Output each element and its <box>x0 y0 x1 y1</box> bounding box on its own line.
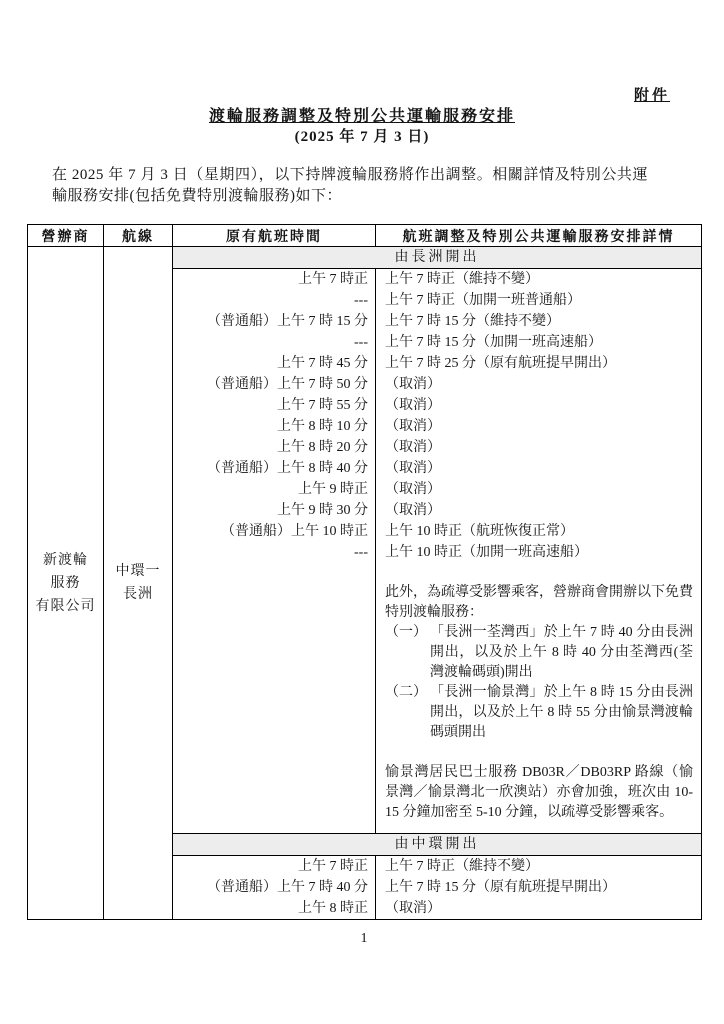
adjusted-time-cell: （取消） <box>376 437 702 458</box>
note-item-marker: （二） <box>385 683 430 743</box>
route-cell: 中環一長洲 <box>104 247 173 920</box>
page-subtitle: (2025 年 7 月 3 日) <box>0 125 724 146</box>
original-time-cell: 上午 9 時正 <box>173 479 376 500</box>
intro-paragraph: 在 2025 年 7 月 3 日（星期四），以下持牌渡輪服務將作出調整。相關詳情… <box>52 165 648 207</box>
adjusted-time-cell: 上午 7 時 15 分（原有航班提早開出） <box>376 877 702 898</box>
adjusted-time-cell: （取消） <box>376 500 702 521</box>
operator-line: 有限公司 <box>28 595 103 618</box>
original-time-cell: （普通船）上午 10 時正 <box>173 521 376 542</box>
page-title-text: 渡輪服務調整及特別公共運輸服務安排 <box>209 108 515 125</box>
operator-cell: 新渡輪服務有限公司 <box>28 247 104 920</box>
original-time-cell: 上午 7 時 45 分 <box>173 353 376 374</box>
table-header-row: 營辦商 航線 原有航班時間 航班調整及特別公共運輸服務安排詳情 <box>28 225 702 247</box>
adjusted-time-cell: 上午 10 時正（航班恢復正常） <box>376 521 702 542</box>
route-line: 長洲 <box>104 583 172 606</box>
notes-intro: 此外，為疏導受影響乘客，營辦商會開辦以下免費特別渡輪服務： <box>385 583 693 623</box>
section-direction-header: 由中環開出 <box>173 834 702 856</box>
attachment-heading: 附件 <box>634 84 670 105</box>
page-title: 渡輪服務調整及特別公共運輸服務安排 <box>0 103 724 126</box>
adjusted-time-cell: （取消） <box>376 898 702 920</box>
page-number: 1 <box>27 931 701 947</box>
adjusted-time-cell: 上午 7 時 25 分（原有航班提早開出） <box>376 353 702 374</box>
document-page: 附件 渡輪服務調整及特別公共運輸服務安排 (2025 年 7 月 3 日) 在 … <box>0 0 724 1024</box>
original-time-cell: 上午 7 時正 <box>173 856 376 878</box>
note-item: （一）「長洲一荃灣西」於上午 7 時 40 分由長洲開出，以及於上午 8 時 4… <box>385 623 693 683</box>
original-time-cell: 上午 8 時 10 分 <box>173 416 376 437</box>
adjusted-time-cell: （取消） <box>376 374 702 395</box>
original-time-cell: --- <box>173 290 376 311</box>
route-line: 中環一 <box>104 560 172 583</box>
note-item: （二）「長洲一愉景灣」於上午 8 時 15 分由長洲開出，以及於上午 8 時 5… <box>385 683 693 743</box>
adjusted-time-cell: （取消） <box>376 395 702 416</box>
operator-line: 新渡輪 <box>28 549 103 572</box>
original-time-cell: （普通船）上午 8 時 40 分 <box>173 458 376 479</box>
original-time-cell: 上午 7 時正 <box>173 269 376 291</box>
section-header-row: 新渡輪服務有限公司中環一長洲由長洲開出 <box>28 247 702 269</box>
adjusted-time-cell: 上午 7 時正（加開一班普通船） <box>376 290 702 311</box>
col-header-route: 航線 <box>104 225 173 247</box>
note-item-text: 「長洲一愉景灣」於上午 8 時 15 分由長洲開出，以及於上午 8 時 55 分… <box>430 683 693 743</box>
notes-spacer <box>385 563 693 583</box>
operator-line: 服務 <box>28 572 103 595</box>
adjusted-time-cell: 上午 10 時正（加開一班高速船） <box>376 542 702 563</box>
original-time-cell: --- <box>173 542 376 563</box>
notes-cell: 此外，為疏導受影響乘客，營辦商會開辦以下免費特別渡輪服務：（一）「長洲一荃灣西」… <box>376 563 702 834</box>
original-time-cell: （普通船）上午 7 時 50 分 <box>173 374 376 395</box>
original-time-cell: （普通船）上午 7 時 40 分 <box>173 877 376 898</box>
original-time-cell: 上午 8 時 20 分 <box>173 437 376 458</box>
original-time-cell: 上午 7 時 55 分 <box>173 395 376 416</box>
original-time-cell: 上午 8 時正 <box>173 898 376 920</box>
notes-spacer <box>385 743 693 763</box>
adjusted-time-cell: 上午 7 時正（維持不變） <box>376 269 702 291</box>
note-item-text: 「長洲一荃灣西」於上午 7 時 40 分由長洲開出，以及於上午 8 時 40 分… <box>430 623 693 683</box>
original-time-cell: （普通船）上午 7 時 15 分 <box>173 311 376 332</box>
adjusted-time-cell: （取消） <box>376 416 702 437</box>
col-header-original-time: 原有航班時間 <box>173 225 376 247</box>
empty-original-cell <box>173 563 376 834</box>
note-item-marker: （一） <box>385 623 430 683</box>
adjusted-time-cell: 上午 7 時正（維持不變） <box>376 856 702 878</box>
adjusted-time-cell: （取消） <box>376 479 702 500</box>
ferry-schedule-table: 營辦商 航線 原有航班時間 航班調整及特別公共運輸服務安排詳情 新渡輪服務有限公… <box>27 224 702 920</box>
col-header-adjustment-details: 航班調整及特別公共運輸服務安排詳情 <box>376 225 702 247</box>
col-header-operator: 營辦商 <box>28 225 104 247</box>
bus-service-note: 愉景灣居民巴士服務 DB03R／DB03RP 路線（愉景灣／愉景灣北一欣澳站）亦… <box>385 763 693 823</box>
adjusted-time-cell: 上午 7 時 15 分（維持不變） <box>376 311 702 332</box>
original-time-cell: --- <box>173 332 376 353</box>
adjusted-time-cell: 上午 7 時 15 分（加開一班高速船） <box>376 332 702 353</box>
original-time-cell: 上午 9 時 30 分 <box>173 500 376 521</box>
section-direction-header: 由長洲開出 <box>173 247 702 269</box>
attachment-label: 附件 <box>634 88 670 104</box>
adjusted-time-cell: （取消） <box>376 458 702 479</box>
